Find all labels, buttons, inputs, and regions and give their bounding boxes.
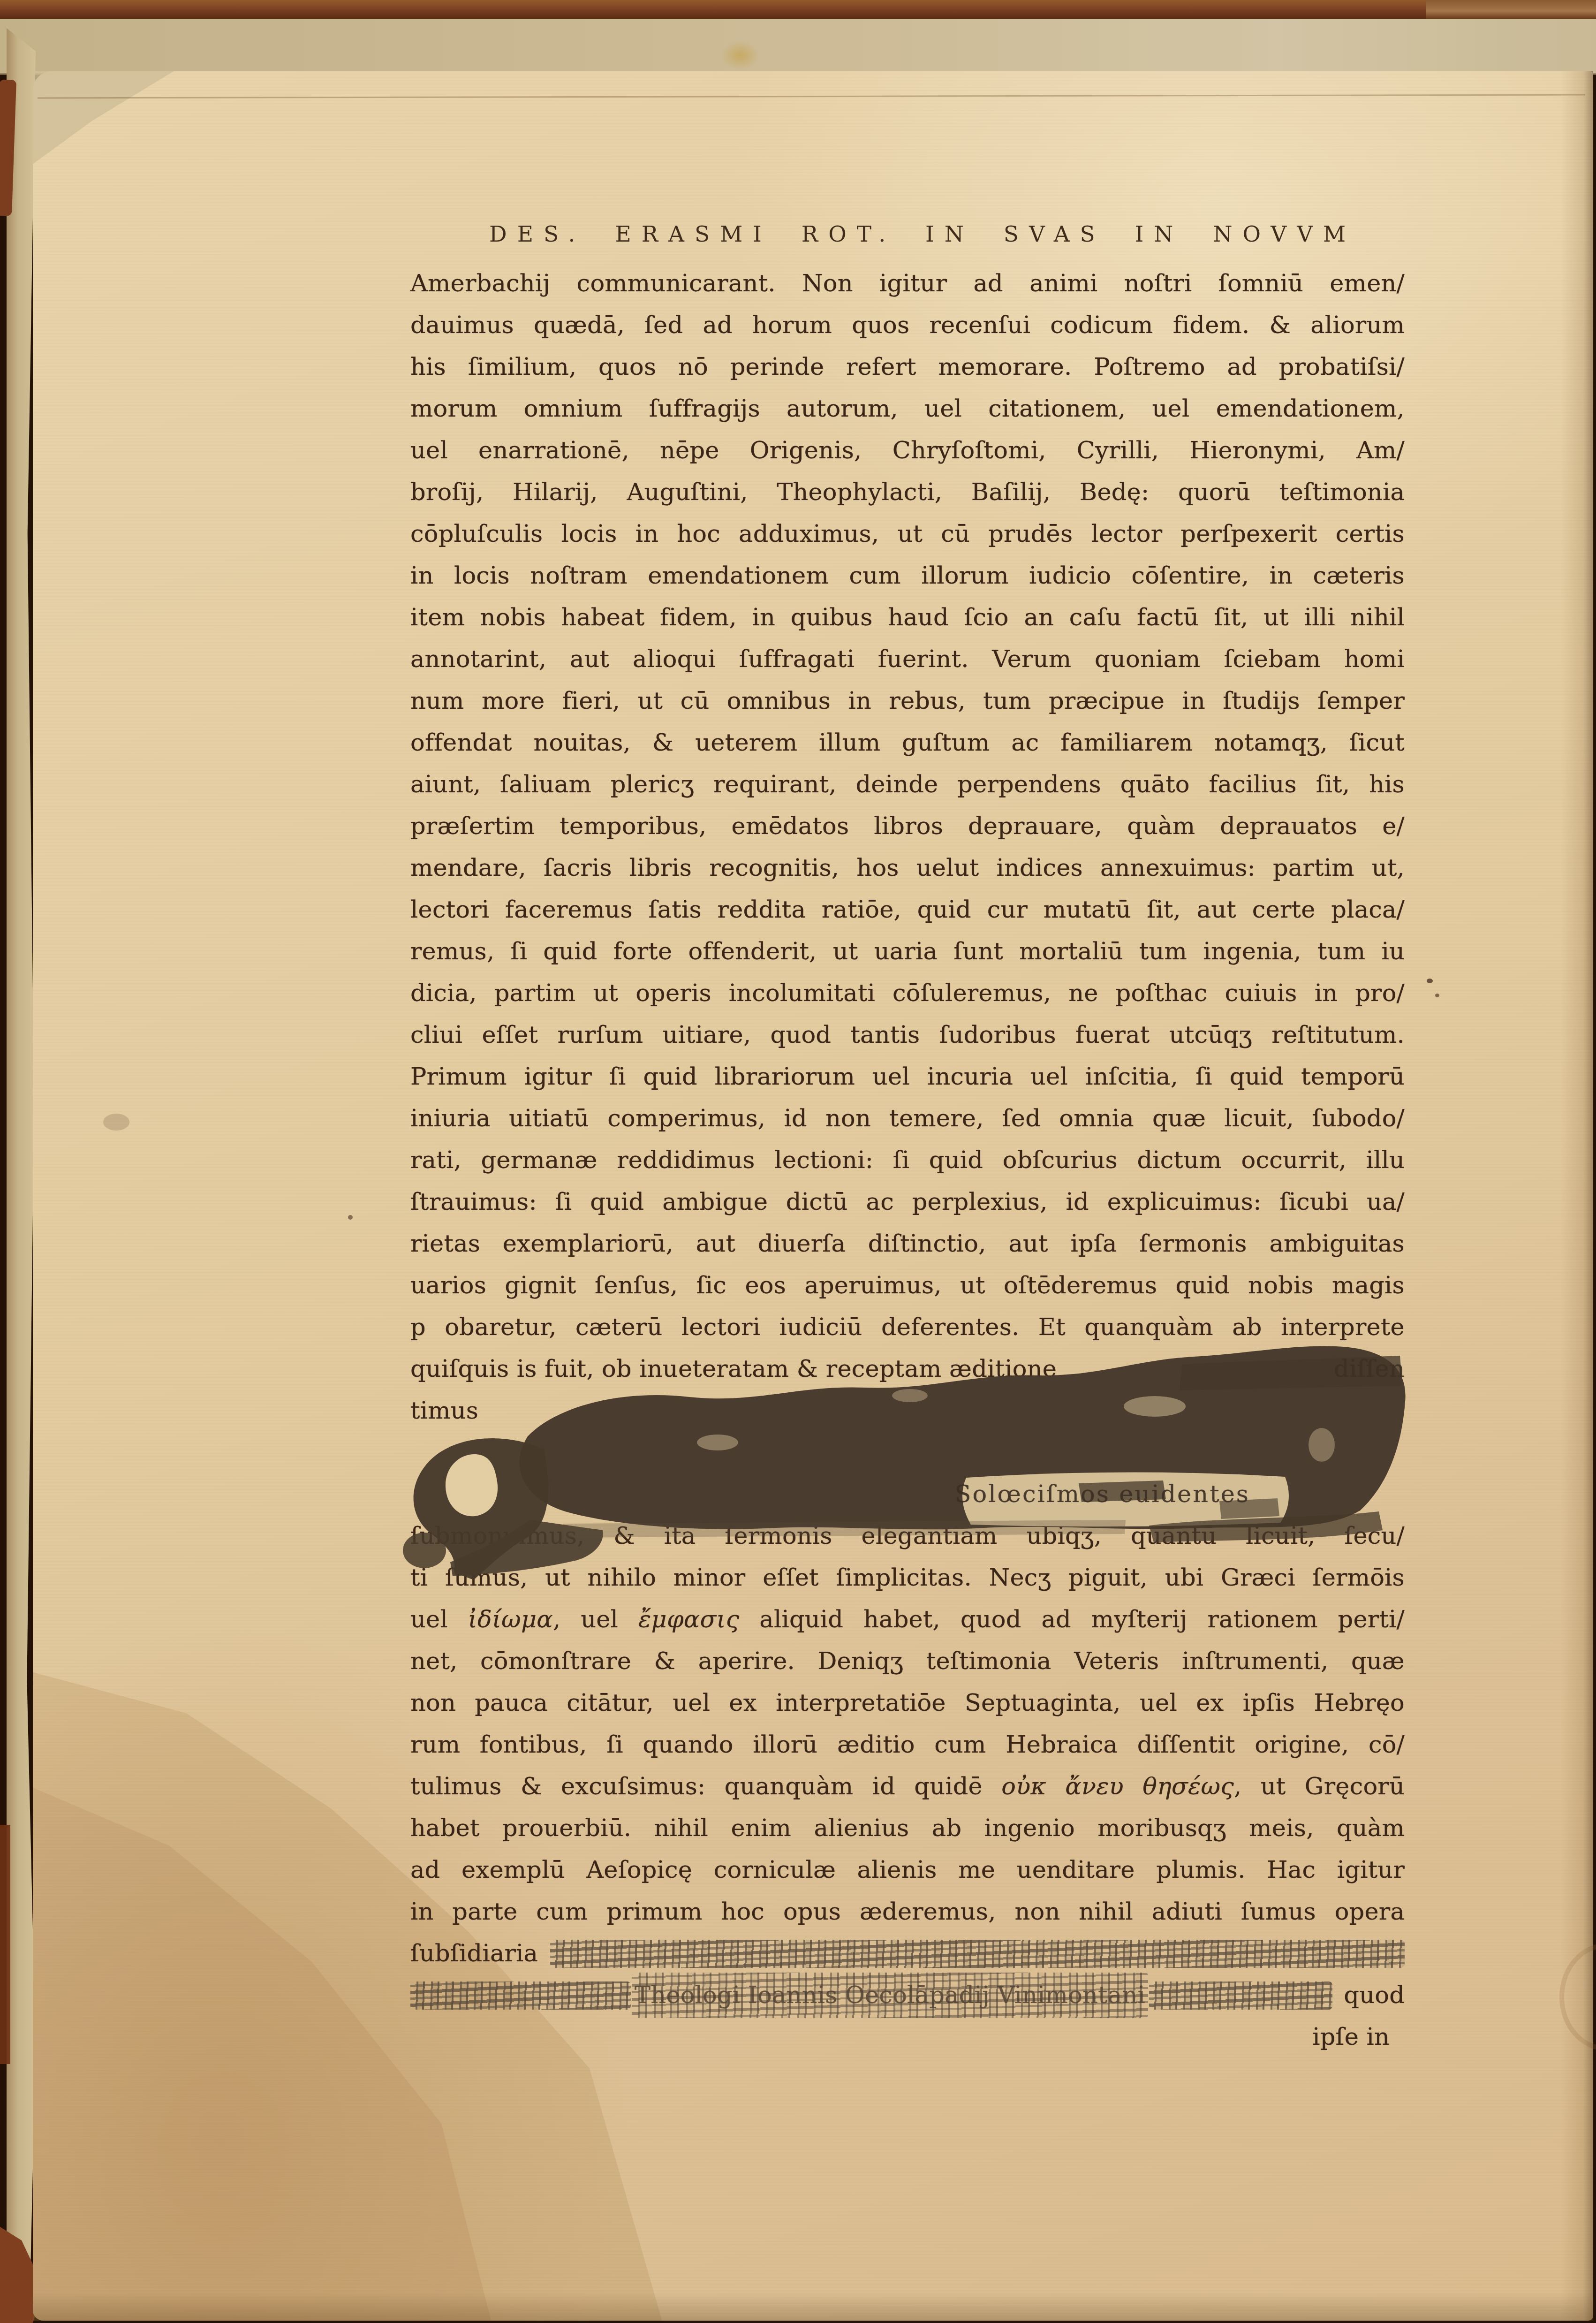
text-line: Amerbachij communicarant. Non igitur ad … (410, 263, 1405, 304)
page-curvature-shadow (1560, 71, 1593, 2321)
greek-phrase: οὐκ ἄνευ θησέως (1001, 1773, 1234, 1800)
text-line: uarios gignit ſenſus, ſic eos aperuimus,… (410, 1265, 1405, 1306)
censor-strikethrough (1149, 1981, 1332, 2010)
text-line: num more fieri, ut cū omnibus in rebus, … (410, 680, 1405, 722)
text-line: iniuria uitiatū comperimus, id non temer… (410, 1098, 1405, 1139)
text-fragment: , ut Gręcorū (1234, 1773, 1405, 1800)
ink-speck (348, 1215, 353, 1220)
censor-strikethrough (550, 1940, 1405, 1968)
smudge (103, 1114, 129, 1131)
text-line: in parte cum primum hoc opus æderemus, n… (410, 1891, 1405, 1933)
text-line: cliui eſſet rurſum uitiare, quod tantis … (410, 1014, 1405, 1056)
censored-line: Theologi Ioannis Oecolāpadij Vinimontani… (410, 1974, 1405, 2016)
text-line: in locis noſtram emendationem cum illoru… (410, 555, 1405, 597)
text-line: lectori faceremus ſatis reddita ratiōe, … (410, 889, 1405, 931)
page-block-edge-top (0, 19, 1596, 75)
text-line: item nobis habeat fidem, in quibus haud … (410, 597, 1405, 638)
text-line: his ſimilium, quos nō perinde refert mem… (410, 346, 1405, 388)
book-page-photo: DES. ERASMI ROT. IN SVAS IN NOVVM Amerba… (0, 0, 1596, 2323)
text-line: ad exemplū Aeſopicę corniculæ alienis me… (410, 1849, 1405, 1891)
running-title: DES. ERASMI ROT. IN SVAS IN NOVVM (410, 206, 1405, 263)
text-line: habet prouerbiū. nihil enim alienius ab … (410, 1807, 1405, 1849)
text-line: rati, germanæ reddidimus lectioni: ſi qu… (410, 1139, 1405, 1181)
text-line: annotarint, aut alioqui ſuffragati fueri… (410, 638, 1405, 680)
struck-text: Theologi Ioannis Oecolāpadij Vinimontani (635, 1974, 1145, 2016)
text-line: morum omnium ſuffragijs autorum, uel cit… (410, 388, 1405, 430)
text-line: cōpluſculis locis in hoc adduximus, ut c… (410, 513, 1405, 555)
censored-line: ſubſidiaria (410, 1933, 1405, 1974)
text-line: Primum igitur ſi quid librariorum uel in… (410, 1056, 1405, 1098)
text-line: net, cōmonſtrare & aperire. Deniqʒ teſti… (410, 1640, 1405, 1682)
text-line: remus, ſi quid forte offenderit, ut uari… (410, 931, 1405, 972)
deckle-edge-left (7, 28, 36, 2323)
text-fragment-through-blot: diſſen (1334, 1348, 1405, 1390)
censor-strikethrough (410, 1981, 631, 2010)
text-fragment-through-blot: Solœciſmos euidentes (955, 1480, 1250, 1508)
page-bottom-shadow (33, 2293, 1593, 2321)
text-line: non pauca citātur, uel ex interpretatiōe… (410, 1682, 1405, 1724)
text-line: rum fontibus, ſi quando illorū æditio cu… (410, 1724, 1405, 1766)
text-line: mendare, ſacris libris recognitis, hos u… (410, 847, 1405, 889)
text-line: offendat nouitas, & ueterem illum guſtum… (410, 722, 1405, 764)
ink-blot-censorship (399, 1337, 1430, 1628)
text-line: uel enarrationē, nēpe Origenis, Chryſoſt… (410, 430, 1405, 471)
text-line: præſertim temporibus, emēdatos libros de… (410, 805, 1405, 847)
text-line: ſtrauimus: ſi quid ambigue dictū ac perp… (410, 1181, 1405, 1223)
text-line: dauimus quædā, ſed ad horum quos recenſu… (410, 304, 1405, 346)
ink-speck (1427, 979, 1433, 983)
binding-leather-top-right (1426, 0, 1596, 19)
text-fragment: tulimus & excuſsimus: quanquàm id quidē (410, 1773, 1001, 1800)
text-line: rietas exemplariorū, aut diuerſa diſtinc… (410, 1223, 1405, 1265)
ink-speck (1435, 994, 1439, 997)
text-line: aiunt, ſaliuam plericʒ requirant, deinde… (410, 764, 1405, 805)
text-line-with-greek: tulimus & excuſsimus: quanquàm id quidē … (410, 1766, 1405, 1807)
text-fragment: quod (1344, 1974, 1405, 2016)
struck-text-legible: Theologi Ioannis Oecolāpadij Vinimontani (635, 1981, 1145, 2009)
text-line: broſij, Hilarij, Auguſtini, Theophylacti… (410, 471, 1405, 513)
text-line: dicia, partim ut operis incolumitati cōſ… (410, 972, 1405, 1014)
text-fragment: ſubſidiaria (410, 1933, 538, 1974)
paper-stain-spot (721, 41, 759, 69)
catchword: ipſe in (410, 2016, 1405, 2058)
text-column: DES. ERASMI ROT. IN SVAS IN NOVVM Amerba… (410, 206, 1405, 2058)
binding-leather-left-lower (0, 1825, 10, 2064)
